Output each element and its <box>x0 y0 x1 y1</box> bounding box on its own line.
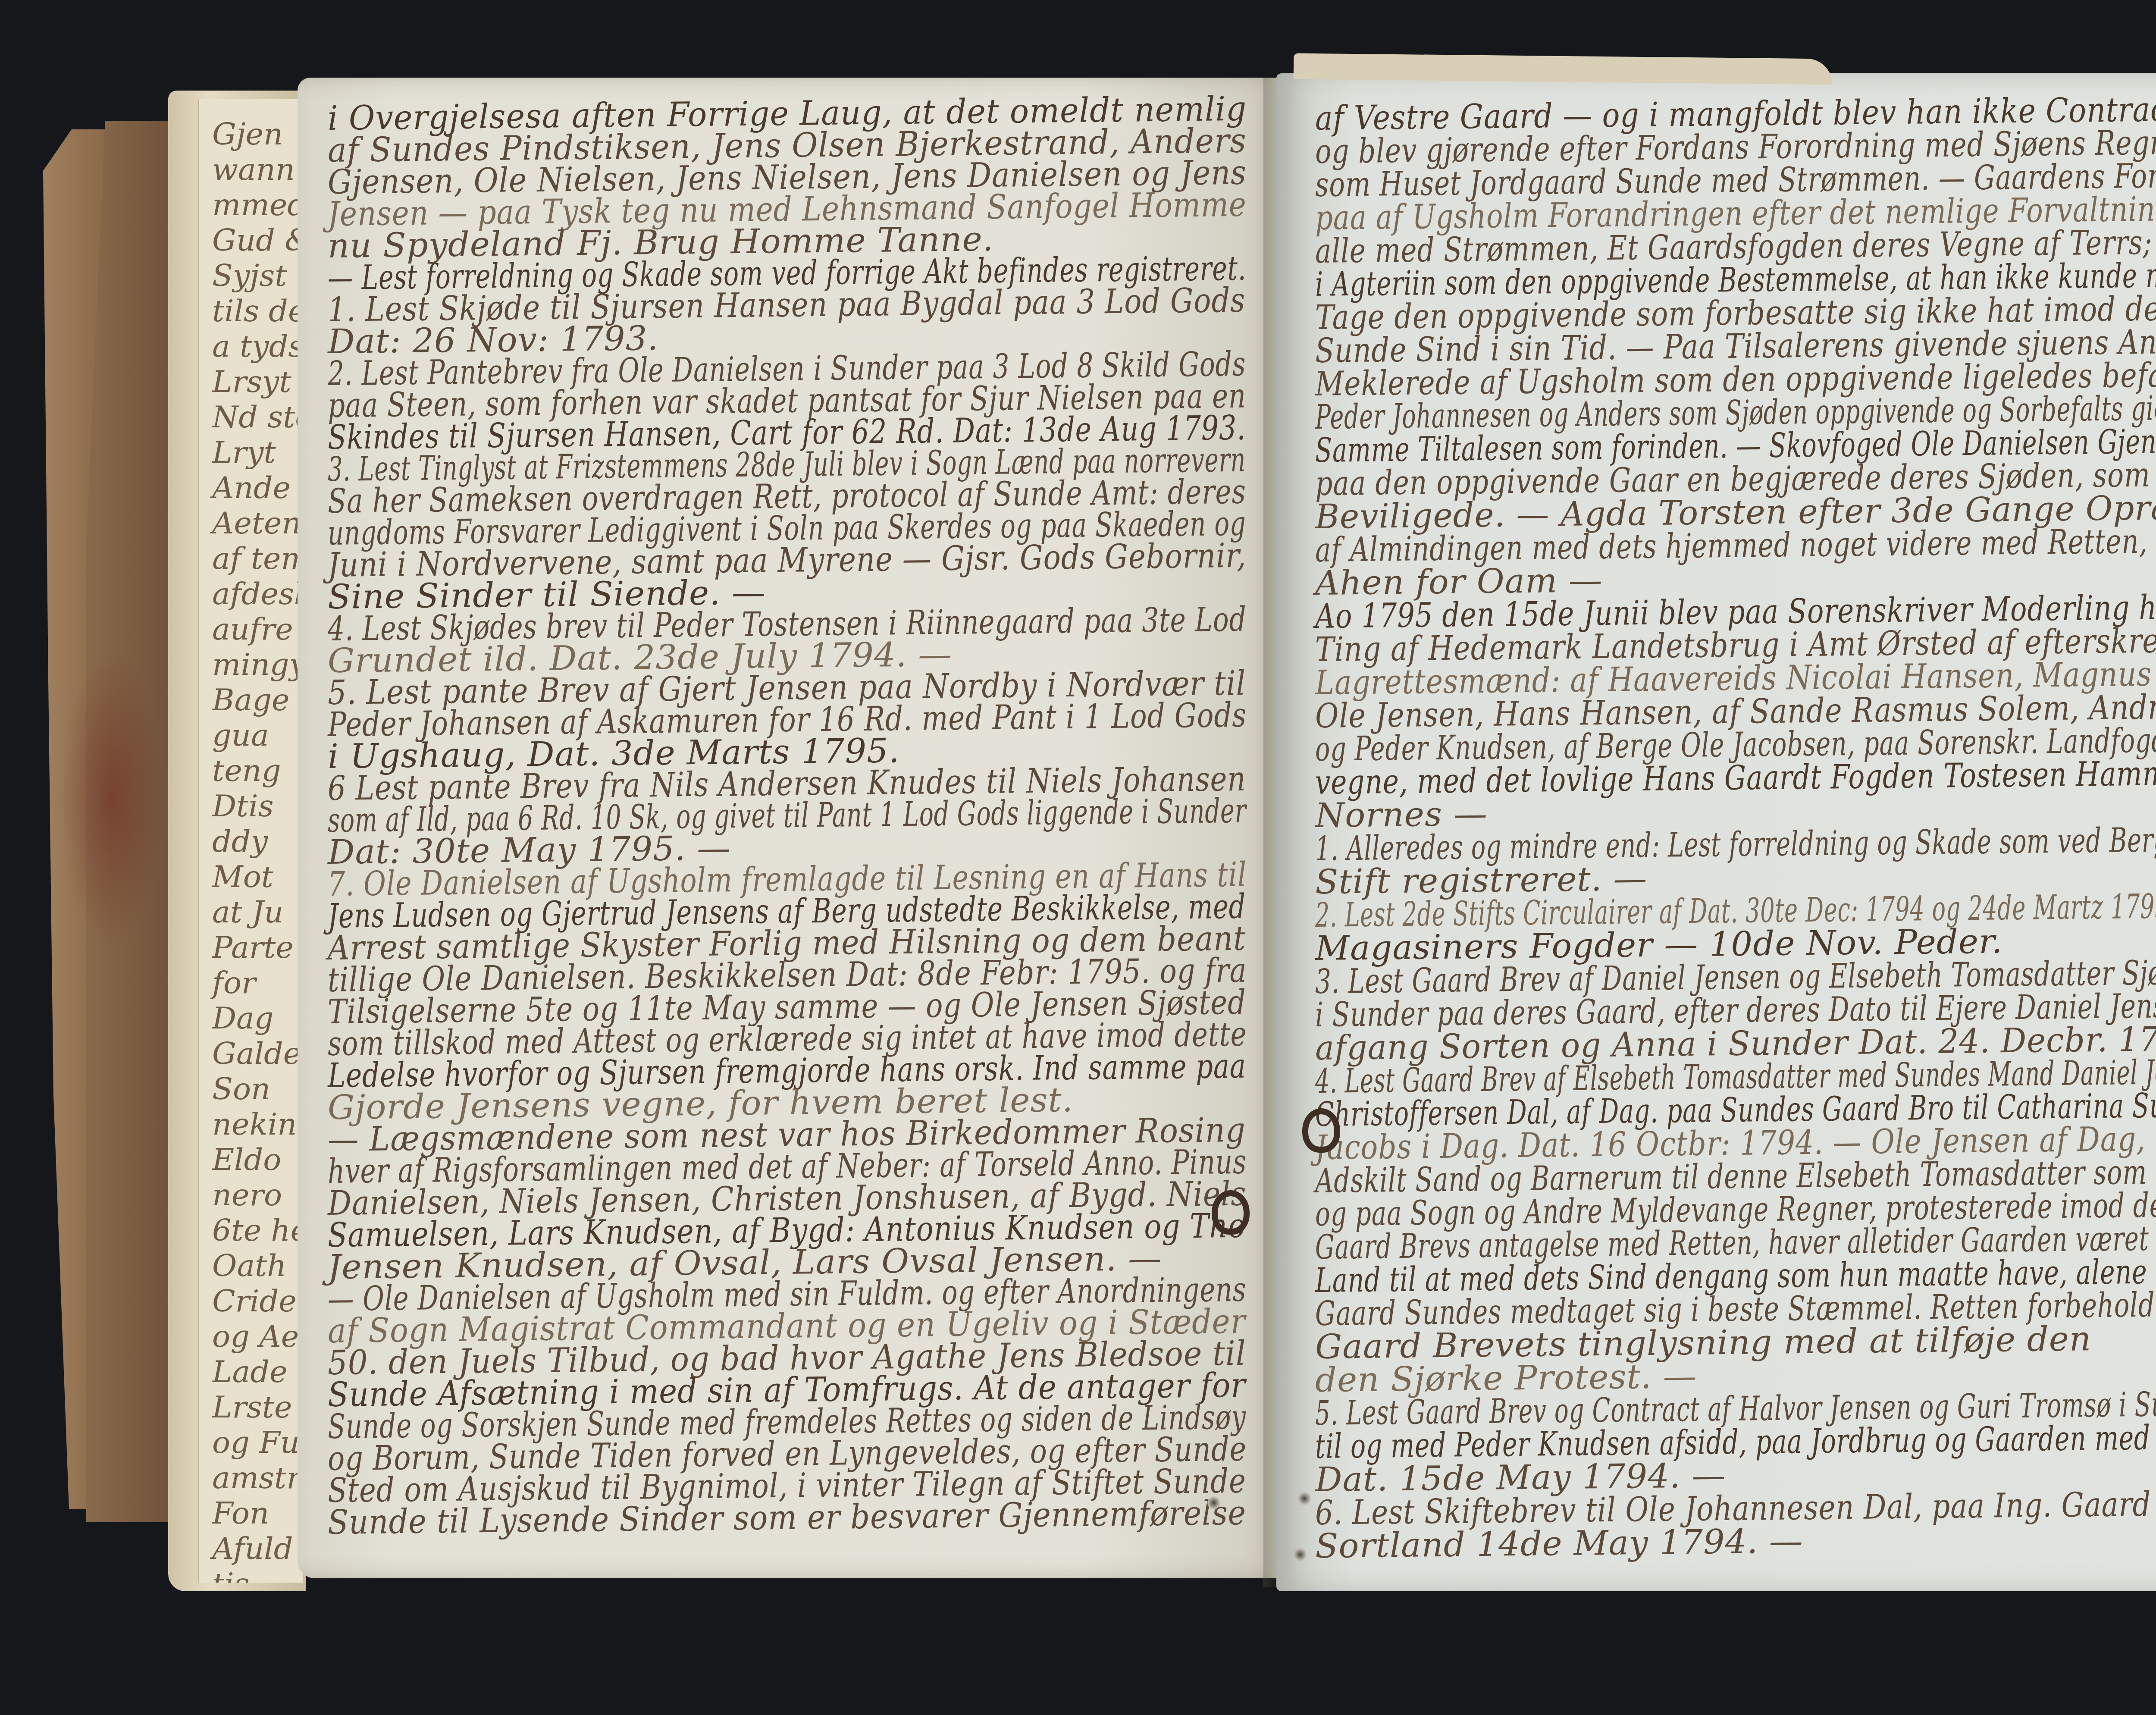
underpage-text-fragment: Galden <box>212 1036 303 1071</box>
underpage-text-fragment: ddy <box>212 824 268 859</box>
underpage-text-fragment: Afuld <box>212 1531 293 1566</box>
underpage-text-fragment: og Fu <box>212 1425 300 1460</box>
underpage-text-fragment: af tem <box>212 541 303 576</box>
underpage-text-fragment: Aeten <box>212 505 301 541</box>
underpage-text-fragment: wann <box>212 152 295 187</box>
underpage-text-fragment: Lrsyt <box>212 364 291 399</box>
underpage-text-fragment: Gjen <box>212 116 283 152</box>
underpage-text-fragment: nero <box>212 1177 282 1213</box>
underpage-text-fragment: Mot <box>212 859 273 894</box>
underpage-text-fragment: at Ju <box>212 894 283 930</box>
underpage-text-fragment: Gud & <box>212 223 303 258</box>
underpage-text-fragment: tils de <box>212 293 303 329</box>
underpage-text-fragment: Nd ste <box>212 399 303 435</box>
underpage-text-fragment: og Ae <box>212 1319 299 1354</box>
underpage-text-fragment: Lade <box>212 1354 287 1389</box>
torn-page-top-edge <box>1294 53 1833 85</box>
underpage-text-fragment: Ande <box>212 470 291 505</box>
underpage-text-fragment: Fon <box>212 1496 269 1531</box>
ink-blot-mark <box>1212 1190 1250 1235</box>
underpage-text-fragment: mmed <box>212 187 303 223</box>
underlying-page-strip: GjenwannmmedGud &Syjsttils dea tydsteLrs… <box>198 99 303 1583</box>
underpage-text-fragment: Lrste <box>212 1389 292 1425</box>
underpage-text-fragment: mingy <box>212 647 303 682</box>
underpage-text-fragment: amstr <box>212 1460 301 1496</box>
leather-stain <box>60 647 164 949</box>
underpage-text-fragment: Parte <box>212 930 294 965</box>
underpage-text-fragment: Oath <box>212 1248 286 1283</box>
underpage-text-fragment: Dtis <box>212 788 274 824</box>
underpage-text-fragment: Bage <box>212 682 289 718</box>
ink-blot-mark <box>1302 1108 1340 1153</box>
underpage-text-fragment: tis <box>212 1566 249 1583</box>
underpage-text-fragment: teng <box>212 753 281 788</box>
pinhole <box>1298 1492 1311 1505</box>
handwritten-line: Sortland 14de May 1794. — <box>1315 1522 1804 1566</box>
underpage-text-fragment: 6te he <box>212 1213 303 1248</box>
underpage-text-fragment: afdesl <box>212 576 303 611</box>
underpage-text-fragment: aufre <box>212 611 293 647</box>
pinhole <box>1207 1496 1220 1509</box>
underpage-text-fragment: for <box>212 965 256 1000</box>
underpage-text-fragment: Lryt <box>212 435 276 470</box>
underpage-text-fragment: nekin <box>212 1107 297 1142</box>
underpage-text-fragment: Syjst <box>212 258 287 293</box>
pinhole <box>1294 1548 1307 1561</box>
underpage-text-fragment: a tydste <box>212 329 303 364</box>
underpage-text-fragment: Crider <box>212 1283 303 1319</box>
underpage-text-fragment: gua <box>212 718 269 753</box>
underpage-text-fragment: Son <box>212 1071 270 1107</box>
underpage-text-fragment: Eldo <box>212 1142 281 1177</box>
underpage-text-fragment: Dag <box>212 1000 274 1036</box>
